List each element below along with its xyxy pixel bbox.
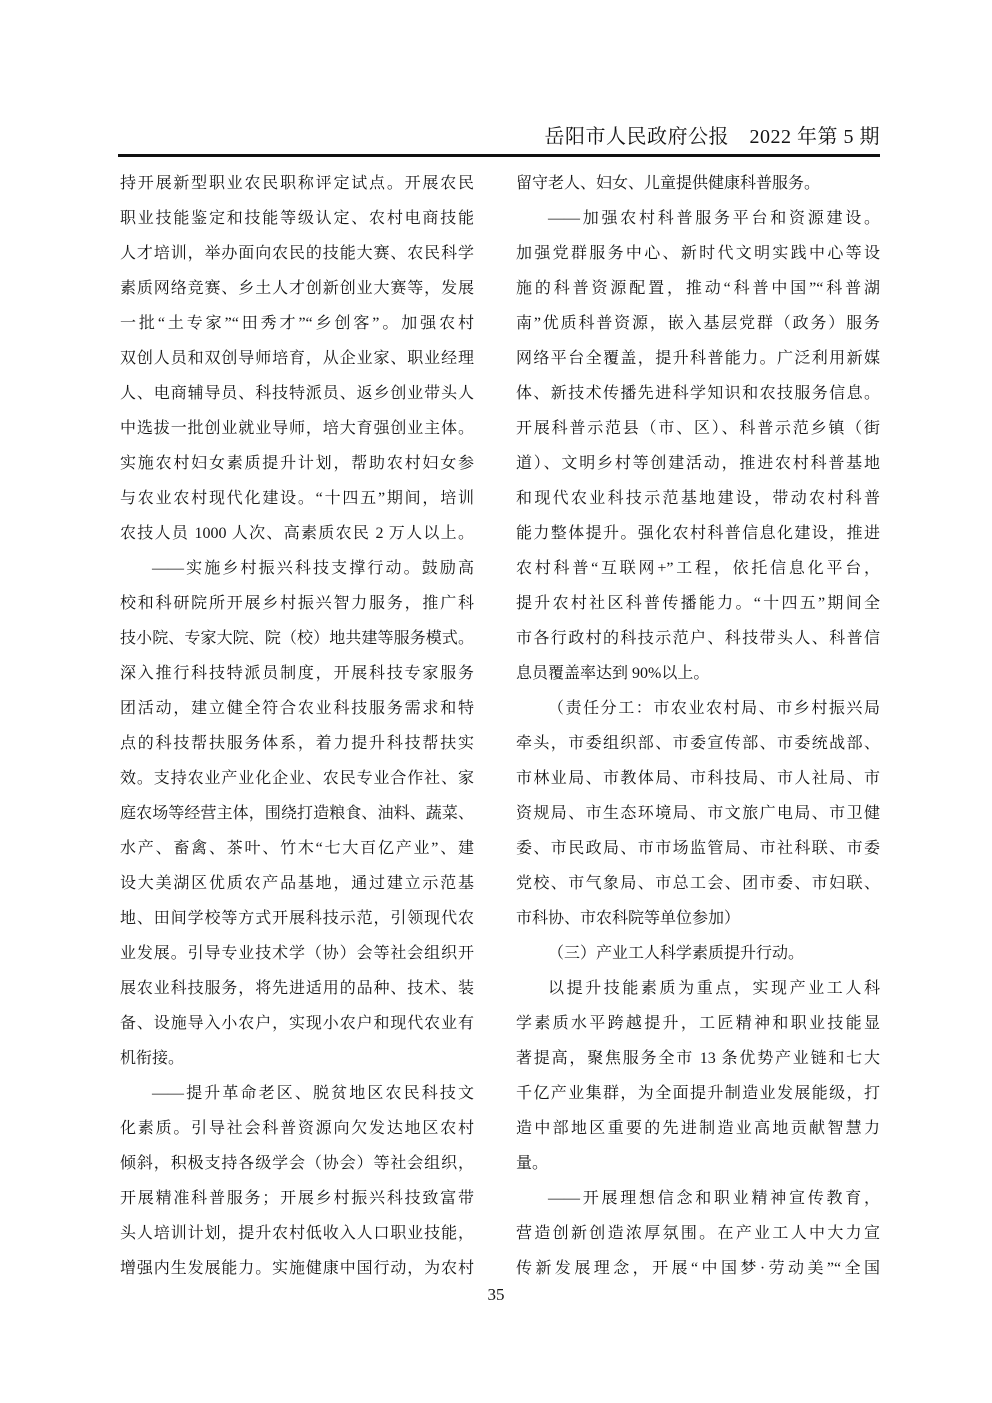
text-line: 息员覆盖率达到 90%以上。 — [516, 656, 880, 691]
text-line: 提升农村社区科普传播能力。“十四五”期间全 — [516, 586, 880, 621]
text-line: 市林业局、市教体局、市科技局、市人社局、市 — [516, 761, 880, 796]
page-number: 35 — [0, 1284, 992, 1306]
text-line: 能力整体提升。强化农村科普信息化建设，推进 — [516, 516, 880, 551]
text-line: 传新发展理念，开展“中国梦·劳动美”“全国 — [516, 1251, 880, 1286]
text-line: 网络平台全覆盖，提升科普能力。广泛利用新媒 — [516, 341, 880, 376]
text-line: 体、新技术传播先进科学知识和农技服务信息。 — [516, 376, 880, 411]
text-line: 一批“土专家”“田秀才”“乡创客”。加强农村 — [120, 306, 474, 341]
text-line: 开展精准科普服务；开展乡村振兴科技致富带 — [120, 1181, 474, 1216]
text-line: 开展科普示范县（市、区）、科普示范乡镇（街 — [516, 411, 880, 446]
text-line: 人才培训，举办面向农民的技能大赛、农民科学 — [120, 236, 474, 271]
text-line: 留守老人、妇女、儿童提供健康科普服务。 — [516, 166, 880, 201]
text-line: 以提升技能素质为重点，实现产业工人科 — [516, 971, 880, 1006]
text-line: 水产、畜禽、茶叶、竹木“七大百亿产业”、建 — [120, 831, 474, 866]
text-line: 职业技能鉴定和技能等级认定、农村电商技能 — [120, 201, 474, 236]
text-line: 化素质。引导社会科普资源向欠发达地区农村 — [120, 1111, 474, 1146]
right-column: 留守老人、妇女、儿童提供健康科普服务。——加强农村科普服务平台和资源建设。加强党… — [516, 166, 880, 1286]
text-line: 效。支持农业产业化企业、农民专业合作社、家 — [120, 761, 474, 796]
text-line: 实施农村妇女素质提升计划，帮助农村妇女参 — [120, 446, 474, 481]
text-line: 与农业农村现代化建设。“十四五”期间，培训 — [120, 481, 474, 516]
text-line: 资规局、市生态环境局、市文旅广电局、市卫健 — [516, 796, 880, 831]
text-line: 持开展新型职业农民职称评定试点。开展农民 — [120, 166, 474, 201]
text-line: 学素质水平跨越提升，工匠精神和职业技能显 — [516, 1006, 880, 1041]
text-line: 设大美湖区优质农产品基地，通过建立示范基 — [120, 866, 474, 901]
header-rule — [118, 154, 880, 157]
text-line: 人、电商辅导员、科技特派员、返乡创业带头人 — [120, 376, 474, 411]
text-columns: 持开展新型职业农民职称评定试点。开展农民职业技能鉴定和技能等级认定、农村电商技能… — [120, 166, 880, 1286]
text-line: 中选拔一批创业就业导师，培大育强创业主体。 — [120, 411, 474, 446]
text-line: 造中部地区重要的先进制造业高地贡献智慧力 — [516, 1111, 880, 1146]
text-line: 市科协、市农科院等单位参加） — [516, 901, 880, 936]
text-line: 素质网络竞赛、乡土人才创新创业大赛等，发展 — [120, 271, 474, 306]
text-line: 展农业科技服务，将先进适用的品种、技术、装 — [120, 971, 474, 1006]
text-line: ——提升革命老区、脱贫地区农民科技文 — [120, 1076, 474, 1111]
text-line: 著提高，聚焦服务全市 13 条优势产业链和七大 — [516, 1041, 880, 1076]
bulletin-title: 岳阳市人民政府公报 2022 年第 5 期 — [545, 126, 881, 148]
text-line: 庭农场等经营主体，围绕打造粮食、油料、蔬菜、 — [120, 796, 474, 831]
text-line: 农村科普“互联网+”工程，依托信息化平台， — [516, 551, 880, 586]
text-line: 道）、文明乡村等创建活动，推进农村科普基地 — [516, 446, 880, 481]
text-line: 加强党群服务中心、新时代文明实践中心等设 — [516, 236, 880, 271]
text-line: ——加强农村科普服务平台和资源建设。 — [516, 201, 880, 236]
text-line: 技小院、专家大院、院（校）地共建等服务模式。 — [120, 621, 474, 656]
text-line: 党校、市气象局、市总工会、团市委、市妇联、 — [516, 866, 880, 901]
text-line: 和现代农业科技示范基地建设，带动农村科普 — [516, 481, 880, 516]
text-line: 业发展。引导专业技术学（协）会等社会组织开 — [120, 936, 474, 971]
text-line: 校和科研院所开展乡村振兴智力服务，推广科 — [120, 586, 474, 621]
text-line: 施的科普资源配置，推动“科普中国”“科普湖 — [516, 271, 880, 306]
text-line: 农技人员 1000 人次、高素质农民 2 万人以上。 — [120, 516, 474, 551]
text-line: 倾斜，积极支持各级学会（协会）等社会组织， — [120, 1146, 474, 1181]
text-line: 团活动，建立健全符合农业科技服务需求和特 — [120, 691, 474, 726]
text-line: 备、设施导入小农户，实现小农户和现代农业有 — [120, 1006, 474, 1041]
left-column: 持开展新型职业农民职称评定试点。开展农民职业技能鉴定和技能等级认定、农村电商技能… — [120, 166, 474, 1286]
text-line: 机衔接。 — [120, 1041, 474, 1076]
text-line: 委、市民政局、市市场监管局、市社科联、市委 — [516, 831, 880, 866]
text-line: 增强内生发展能力。实施健康中国行动，为农村 — [120, 1251, 474, 1286]
text-line: 双创人员和双创导师培育，从企业家、职业经理 — [120, 341, 474, 376]
text-line: （责任分工：市农业农村局、市乡村振兴局 — [516, 691, 880, 726]
text-line: 营造创新创造浓厚氛围。在产业工人中大力宣 — [516, 1216, 880, 1251]
text-line: 千亿产业集群，为全面提升制造业发展能级，打 — [516, 1076, 880, 1111]
document-page: 岳阳市人民政府公报 2022 年第 5 期 持开展新型职业农民职称评定试点。开展… — [0, 0, 992, 1403]
text-line: ——开展理想信念和职业精神宣传教育， — [516, 1181, 880, 1216]
text-line: （三）产业工人科学素质提升行动。 — [516, 936, 880, 971]
text-line: 量。 — [516, 1146, 880, 1181]
page-header: 岳阳市人民政府公报 2022 年第 5 期 — [118, 125, 880, 149]
text-line: 南”优质科普资源，嵌入基层党群（政务）服务 — [516, 306, 880, 341]
text-line: 地、田间学校等方式开展科技示范，引领现代农 — [120, 901, 474, 936]
text-line: 头人培训计划，提升农村低收入人口职业技能， — [120, 1216, 474, 1251]
text-line: 市各行政村的科技示范户、科技带头人、科普信 — [516, 621, 880, 656]
text-line: 点的科技帮扶服务体系，着力提升科技帮扶实 — [120, 726, 474, 761]
text-line: 牵头，市委组织部、市委宣传部、市委统战部、 — [516, 726, 880, 761]
text-line: ——实施乡村振兴科技支撑行动。鼓励高 — [120, 551, 474, 586]
text-line: 深入推行科技特派员制度，开展科技专家服务 — [120, 656, 474, 691]
